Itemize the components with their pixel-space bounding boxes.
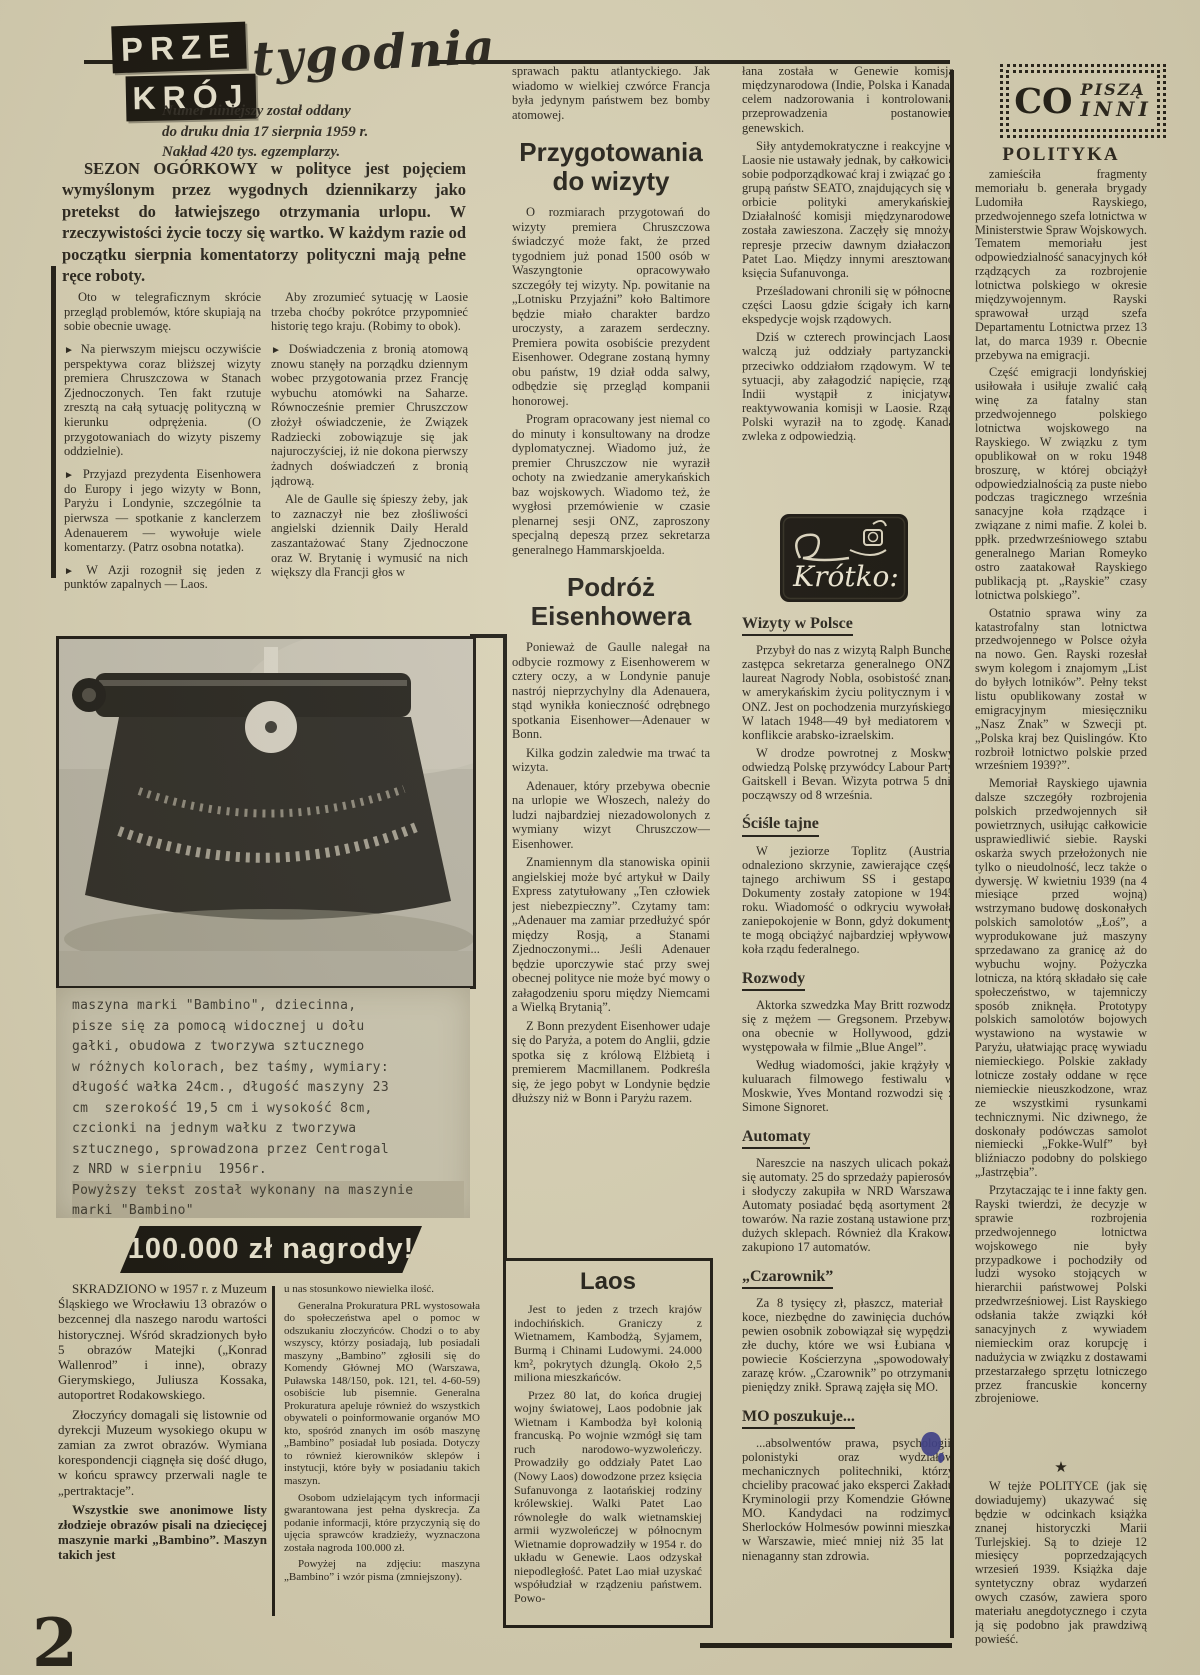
- laos-article-box: Laos Jest to jeden z trzech krajów indoc…: [503, 1258, 713, 1628]
- paragraph: SKRADZIONO w 1957 r. z Muzeum Śląskiego …: [58, 1281, 267, 1403]
- digest-left-rule: [51, 266, 56, 578]
- digest-column-2: Aby zrozumieć sytuację w Laosie trzeba c…: [271, 290, 468, 636]
- co-pisza-inni-badge: CO PISZĄ INNI: [1006, 70, 1160, 132]
- eisenhower-article-body: Ponieważ de Gaulle nalegał na odbycie ro…: [512, 640, 710, 1106]
- badge-word-stack: PISZĄ INNI: [1081, 82, 1152, 120]
- theft-column-a: SKRADZIONO w 1957 r. z Muzeum Śląskiego …: [58, 1281, 267, 1633]
- paragraph: Z Bonn prezydent Eisenhower udaje się do…: [512, 1019, 710, 1106]
- typewriter-photo: [56, 636, 476, 989]
- reward-banner: 100.000 zł nagrody!: [120, 1226, 422, 1273]
- paragraph: Dziś w czterech prowincjach Laosu walczą…: [742, 330, 954, 443]
- lead-paragraph: SEZON OGÓRKOWY w polityce jest pojęciem …: [62, 158, 466, 287]
- paragraph: Memoriał Rayskiego ujawnia dalsze szczeg…: [975, 777, 1147, 1180]
- paragraph: „Czarownik”: [742, 1268, 833, 1289]
- przekroj-logo-top: PRZE: [111, 22, 247, 74]
- paragraph: W Azji rozognił się jeden z punktów zapa…: [64, 563, 261, 592]
- paragraph: Wszystkie swe anonimowe listy złodzieje …: [58, 1502, 267, 1563]
- paragraph: Generalna Prokuratura PRL wystosowała do…: [284, 1300, 480, 1488]
- paragraph: Doświadczenia z bronią atomową znowu sta…: [271, 342, 468, 488]
- polityka-closing-column: W tejże POLITYCE (jak się dowiadujemy) u…: [975, 1480, 1147, 1658]
- paragraph: Na pierwszym miejscu oczywiście perspekt…: [64, 342, 261, 459]
- paragraph: Jest to jeden z trzech krajów indochińsk…: [514, 1303, 702, 1384]
- newspaper-page: PRZE KRÓJ tygodnia Numer niniejszy zosta…: [0, 0, 1200, 1675]
- paragraph: łana została w Genewie komisja międzynar…: [742, 64, 954, 135]
- digest-column-1: Oto w telegraficznym skrócie przegląd pr…: [64, 290, 261, 636]
- typed-line: marki "Bambino": [72, 1201, 464, 1218]
- paragraph: Automaty: [742, 1128, 810, 1149]
- star-separator: ★: [975, 1458, 1147, 1477]
- paragraph: W tejże POLITYCE (jak się dowiadujemy) u…: [975, 1480, 1147, 1647]
- paragraph: Ponieważ de Gaulle nalegał na odbycie ro…: [512, 640, 710, 742]
- paragraph: W drodze powrotnej z Moskwy odwiedzą Pol…: [742, 746, 954, 803]
- paragraph: Powyżej na zdjęciu: maszyna „Bambino” i …: [284, 1558, 480, 1583]
- paragraph: Według wiadomości, jakie krążyły w kulua…: [742, 1058, 954, 1115]
- paragraph: Złoczyńcy domagali się listownie od dyre…: [58, 1407, 267, 1498]
- paragraph: ...absolwentów prawa, psychologii, polon…: [742, 1436, 954, 1563]
- masthead-script-word: tygodnia: [251, 20, 498, 88]
- paragraph: Osobom udzielającym tych informacji gwar…: [284, 1492, 480, 1555]
- paragraph: Adenauer, który przebywa obecnie na urlo…: [512, 779, 710, 852]
- paragraph: Rozwody: [742, 970, 805, 991]
- typed-line: sztucznego, sprowadzona przez Centrogal: [72, 1140, 464, 1161]
- paragraph: MO poszukuje...: [742, 1408, 855, 1429]
- continuation-fragment: sprawach paktu atlantyckiego. Jak wiadom…: [512, 64, 710, 122]
- typewriter-illustration: [59, 639, 473, 986]
- paragraph: Aktorka szwedzka May Britt rozwodzi się …: [742, 998, 954, 1055]
- theft-column-divider: [272, 1286, 275, 1616]
- middle-column-rule: [503, 634, 507, 1258]
- typed-line: pisze się za pomocą widocznej u dołu: [72, 1017, 464, 1038]
- laos-article-body: Jest to jeden z trzech krajów indochińsk…: [514, 1303, 702, 1605]
- krotko-badge-art: Krótko:: [780, 514, 908, 602]
- krotko-badge: Krótko:: [780, 514, 908, 602]
- polityka-column: zamieściła fragmenty memoriału b. genera…: [975, 168, 1147, 1454]
- paragraph: Ale de Gaulle się śpieszy żeby, jak to z…: [271, 492, 468, 580]
- laos-continuation-column: łana została w Genewie komisja międzynar…: [742, 64, 954, 510]
- imprint: Numer niniejszy został oddanydo druku dn…: [162, 101, 442, 163]
- masthead-rule-left: [84, 60, 114, 64]
- polityka-heading: POLITYKA: [975, 144, 1147, 166]
- paragraph: Za 8 tysięcy zł, płaszcz, materiał i koc…: [742, 1296, 954, 1395]
- right-column-rule: [950, 70, 954, 1638]
- paragraph: u nas stosunkowo niewielka ilość.: [284, 1283, 480, 1296]
- paragraph: Przytaczając te i inne fakty gen. Rayski…: [975, 1184, 1147, 1406]
- theft-column-b: u nas stosunkowo niewielka ilość.General…: [284, 1283, 480, 1639]
- paragraph: Przyjazd prezydenta Eisenhowera do Europ…: [64, 467, 261, 555]
- article-title-laos: Laos: [514, 1269, 702, 1295]
- imprint-line: Numer niniejszy został oddany: [162, 101, 442, 122]
- photo-connector-rule: [470, 634, 506, 638]
- typed-line: długość wałka 24cm., długość maszyny 23: [72, 1078, 464, 1099]
- paragraph: Część emigracji londyńskiej usiłowała i …: [975, 366, 1147, 602]
- paragraph: Program opracowany jest niemal co do min…: [512, 412, 710, 557]
- section-end-rule: [700, 1643, 952, 1648]
- badge-word-co: CO: [1014, 81, 1072, 122]
- paragraph: Aby zrozumieć sytuację w Laosie trzeba c…: [271, 290, 468, 334]
- page-number: 2: [32, 1604, 78, 1675]
- paragraph: Ściśle tajne: [742, 815, 819, 836]
- typed-line: czcionki na jednym wałku z tworzywa: [72, 1119, 464, 1140]
- paragraph: zamieściła fragmenty memoriału b. genera…: [975, 168, 1147, 362]
- typed-caption-block: maszyna marki "Bambino", dziecinna,pisze…: [56, 988, 470, 1218]
- typed-line: cm szerokość 19,5 cm i wysokość 8cm,: [72, 1099, 464, 1120]
- middle-column: sprawach paktu atlantyckiego. Jak wiadom…: [512, 64, 710, 1254]
- typed-line: w różnych kolorach, bez taśmy, wymiary:: [72, 1058, 464, 1079]
- paragraph: Znamiennym dla stanowiska opinii angiels…: [512, 855, 710, 1015]
- paragraph: O rozmiarach przygotowań do wizyty premi…: [512, 205, 710, 408]
- krotko-section-column: Wizyty w PolscePrzybył do nas z wizytą R…: [742, 602, 954, 1640]
- paragraph: Wizyty w Polsce: [742, 615, 853, 636]
- paragraph: Siły antydemokratyczne i reakcyjne w Lao…: [742, 139, 954, 280]
- typed-line: maszyna marki "Bambino", dziecinna,: [72, 996, 464, 1017]
- krotko-badge-label: Krótko:: [792, 560, 899, 593]
- paragraph: Prześladowani chronili się w północnej c…: [742, 284, 954, 326]
- imprint-line: do druku dnia 17 sierpnia 1959 r.: [162, 122, 442, 143]
- typed-line: gałki, obudowa z tworzywa sztucznego: [72, 1037, 464, 1058]
- article-title-visit: Przygotowania do wizyty: [514, 138, 708, 195]
- paragraph: Ostatnio sprawa winy za katastrofalny st…: [975, 607, 1147, 774]
- paragraph: W jeziorze Toplitz (Austria) odnaleziono…: [742, 844, 954, 957]
- typed-line: z NRD w sierpniu 1956r.: [72, 1160, 464, 1181]
- typed-line: Powyższy tekst został wykonany na maszyn…: [72, 1181, 464, 1202]
- paragraph: Przybył do nas z wizytą Ralph Bunche, za…: [742, 643, 954, 742]
- article-title-eisenhower: Podróż Eisenhowera: [514, 573, 708, 630]
- paragraph: Przez 80 lat, do końca drugiej wojny świ…: [514, 1389, 702, 1606]
- badge-word-inni: INNI: [1081, 99, 1152, 120]
- paragraph: Oto w telegraficznym skrócie przegląd pr…: [64, 290, 261, 334]
- visit-article-body: O rozmiarach przygotowań do wizyty premi…: [512, 205, 710, 557]
- paragraph: Nareszcie na naszych ulicach pokażą się …: [742, 1156, 954, 1255]
- paragraph: Kilka godzin zaledwie ma trwać ta wizyta…: [512, 746, 710, 775]
